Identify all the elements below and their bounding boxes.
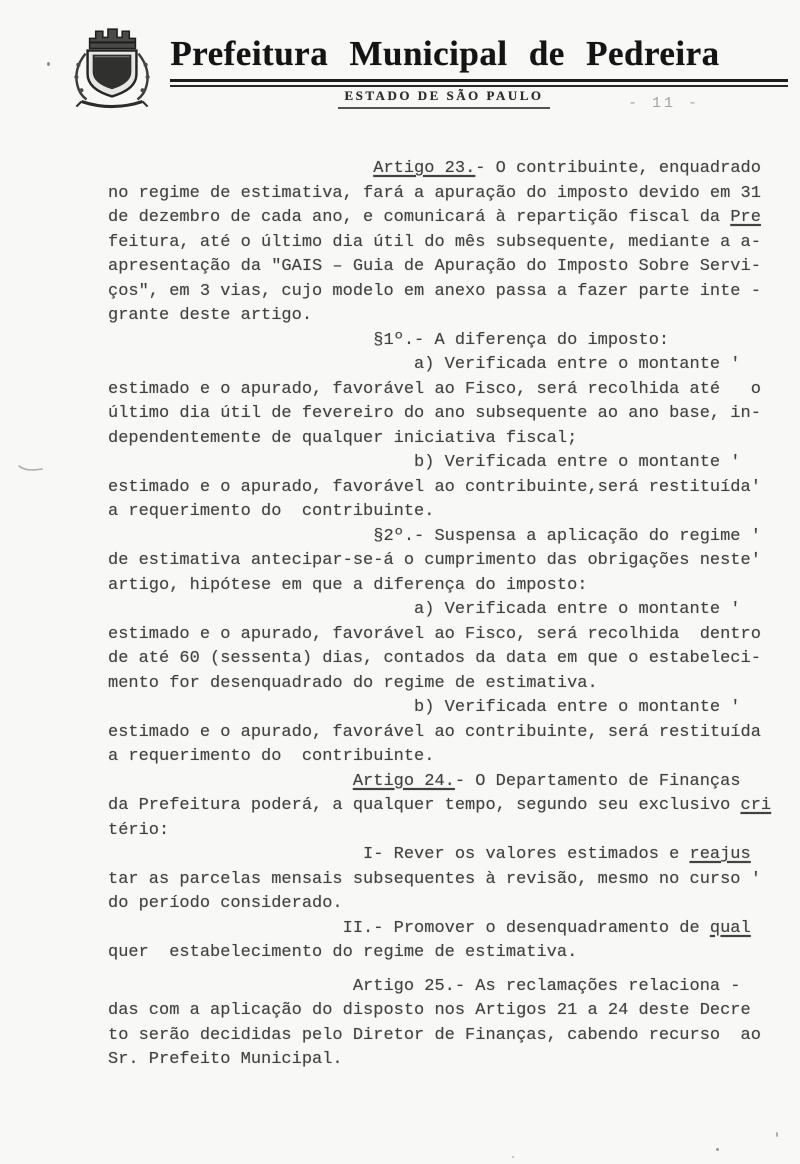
text-segment: último dia útil de fevereiro do ano subs…	[108, 404, 761, 423]
text-line: artigo, hipótese em que a diferença do i…	[108, 574, 771, 599]
text-segment: a requerimento do contribuinte.	[108, 747, 434, 766]
text-line: feitura, até o último dia útil do mês su…	[108, 231, 771, 256]
text-line: Sr. Prefeito Municipal.	[108, 1048, 771, 1073]
text-segment: do período considerado.	[108, 894, 343, 913]
text-segment: das com a aplicação do disposto nos Arti…	[108, 1001, 751, 1020]
paragraph-inciso-ii: II.- Promover o desenquadramento de qual…	[108, 917, 771, 966]
text-line: b) Verificada entre o montante '	[108, 451, 771, 476]
text-line: Artigo 23.- O contribuinte, enquadrado	[108, 157, 771, 182]
text-line: de dezembro de cada ano, e comunicará à …	[108, 206, 771, 231]
text-segment: to serão decididas pelo Diretor de Finan…	[108, 1026, 761, 1045]
text-segment: de dezembro de cada ano, e comunicará à …	[108, 208, 730, 227]
text-segment: reajus	[690, 845, 751, 864]
text-line: quer estabelecimento do regime de estima…	[108, 941, 771, 966]
text-segment: quer estabelecimento do regime de estima…	[108, 943, 577, 962]
text-line: a) Verificada entre o montante '	[108, 353, 771, 378]
text-segment: grante deste artigo.	[108, 306, 312, 325]
text-segment: qual	[710, 919, 751, 938]
text-segment: Pre	[730, 208, 761, 227]
text-segment: - O Departamento de Finanças	[455, 772, 741, 791]
text-segment: b) Verificada entre o montante '	[108, 453, 741, 472]
text-segment: feitura, até o último dia útil do mês su…	[108, 233, 761, 252]
text-segment: §2º.- Suspensa a aplicação do regime '	[108, 527, 761, 546]
text-line: das com a aplicação do disposto nos Arti…	[108, 999, 771, 1024]
text-line: b) Verificada entre o montante '	[108, 696, 771, 721]
paragraph-artigo-25: Artigo 25.- As reclamações relaciona -da…	[108, 975, 771, 1073]
text-line: tar as parcelas mensais subsequentes à r…	[108, 868, 771, 893]
letterhead-title: Prefeitura Municipal de Pedreira	[160, 33, 730, 75]
text-line: Artigo 24.- O Departamento de Finanças	[108, 770, 771, 795]
text-line: a requerimento do contribuinte.	[108, 500, 771, 525]
text-segment: dependentemente de qualquer iniciativa f…	[108, 429, 577, 448]
scan-speck	[776, 1132, 778, 1137]
text-line: de estimativa antecipar-se-á o cumprimen…	[108, 549, 771, 574]
page-number: - 11 -	[628, 95, 700, 112]
text-segment: de estimativa antecipar-se-á o cumprimen…	[108, 551, 761, 570]
scan-speck	[47, 62, 50, 66]
text-line: a) Verificada entre o montante '	[108, 598, 771, 623]
coat-of-arms-icon	[56, 26, 168, 122]
text-line: no regime de estimativa, fará a apuração…	[108, 182, 771, 207]
text-line: §1º.- A diferença do imposto:	[108, 329, 771, 354]
text-line: dependentemente de qualquer iniciativa f…	[108, 427, 771, 452]
text-segment: estimado e o apurado, favorável ao Fisco…	[108, 625, 761, 644]
text-segment: apresentação da "GAIS – Guia de Apuração…	[108, 257, 761, 276]
text-segment: Artigo 25.- As reclamações relaciona -	[108, 977, 741, 996]
text-line: estimado e o apurado, favorável ao contr…	[108, 476, 771, 501]
text-segment: artigo, hipótese em que a diferença do i…	[108, 576, 587, 595]
scanned-page: Prefeitura Municipal de Pedreira ESTADO …	[0, 0, 800, 1164]
paragraph-paragrafo-2: §2º.- Suspensa a aplicação do regime 'de…	[108, 525, 771, 770]
text-line: ços", em 3 vias, cujo modelo em anexo pa…	[108, 280, 771, 305]
text-segment: §1º.- A diferença do imposto:	[108, 331, 669, 350]
text-segment: estimado e o apurado, favorável ao Fisco…	[108, 380, 761, 399]
text-segment: tério:	[108, 821, 169, 840]
text-segment: cri	[741, 796, 772, 815]
text-segment: ços", em 3 vias, cujo modelo em anexo pa…	[108, 282, 761, 301]
text-line: Artigo 25.- As reclamações relaciona -	[108, 975, 771, 1000]
letterhead-subtitle: ESTADO DE SÃO PAULO	[338, 88, 550, 109]
scan-speck	[716, 1148, 719, 1151]
text-segment: mento for desenquadrado do regime de est…	[108, 674, 598, 693]
text-line: de até 60 (sessenta) dias, contados da d…	[108, 647, 771, 672]
text-line: estimado e o apurado, favorável ao Fisco…	[108, 378, 771, 403]
text-line: §2º.- Suspensa a aplicação do regime '	[108, 525, 771, 550]
document-body: Artigo 23.- O contribuinte, enquadradono…	[108, 157, 771, 1073]
text-segment: no regime de estimativa, fará a apuração…	[108, 184, 761, 203]
letterhead-divider	[170, 79, 788, 87]
text-segment: estimado e o apurado, favorável ao contr…	[108, 723, 761, 742]
text-segment: estimado e o apurado, favorável ao contr…	[108, 478, 761, 497]
text-line: do período considerado.	[108, 892, 771, 917]
pencil-mark	[17, 461, 45, 475]
text-segment: a) Verificada entre o montante '	[108, 355, 741, 374]
text-segment: da Prefeitura poderá, a qualquer tempo, …	[108, 796, 741, 815]
text-line: tério:	[108, 819, 771, 844]
text-line: I- Rever os valores estimados e reajus	[108, 843, 771, 868]
paragraph-artigo-24: Artigo 24.- O Departamento de Finançasda…	[108, 770, 771, 917]
text-segment: a) Verificada entre o montante '	[108, 600, 741, 619]
text-segment	[108, 772, 353, 791]
paragraph-artigo-23: Artigo 23.- O contribuinte, enquadradono…	[108, 157, 771, 329]
text-segment: Artigo 23.	[373, 159, 475, 178]
text-segment: b) Verificada entre o montante '	[108, 698, 741, 717]
text-segment: I- Rever os valores estimados e	[108, 845, 690, 864]
text-line: da Prefeitura poderá, a qualquer tempo, …	[108, 794, 771, 819]
text-segment: Sr. Prefeito Municipal.	[108, 1050, 343, 1069]
text-line: to serão decididas pelo Diretor de Finan…	[108, 1024, 771, 1049]
text-segment: II.- Promover o desenquadramento de	[108, 919, 710, 938]
text-line: estimado e o apurado, favorável ao Fisco…	[108, 623, 771, 648]
text-segment: Artigo 24.	[353, 772, 455, 791]
paragraph-paragrafo-1: §1º.- A diferença do imposto: a) Verific…	[108, 329, 771, 525]
text-line: apresentação da "GAIS – Guia de Apuração…	[108, 255, 771, 280]
text-line: mento for desenquadrado do regime de est…	[108, 672, 771, 697]
text-segment: - O contribuinte, enquadrado	[475, 159, 761, 178]
text-line: estimado e o apurado, favorável ao contr…	[108, 721, 771, 746]
text-segment: a requerimento do contribuinte.	[108, 502, 434, 521]
text-segment: tar as parcelas mensais subsequentes à r…	[108, 870, 761, 889]
text-line: último dia útil de fevereiro do ano subs…	[108, 402, 771, 427]
coat-of-arms-graphic	[56, 26, 168, 122]
text-segment	[108, 159, 373, 178]
scan-speck	[512, 1156, 514, 1158]
text-line: grante deste artigo.	[108, 304, 771, 329]
text-line: a requerimento do contribuinte.	[108, 745, 771, 770]
text-line: II.- Promover o desenquadramento de qual	[108, 917, 771, 942]
text-segment: de até 60 (sessenta) dias, contados da d…	[108, 649, 761, 668]
